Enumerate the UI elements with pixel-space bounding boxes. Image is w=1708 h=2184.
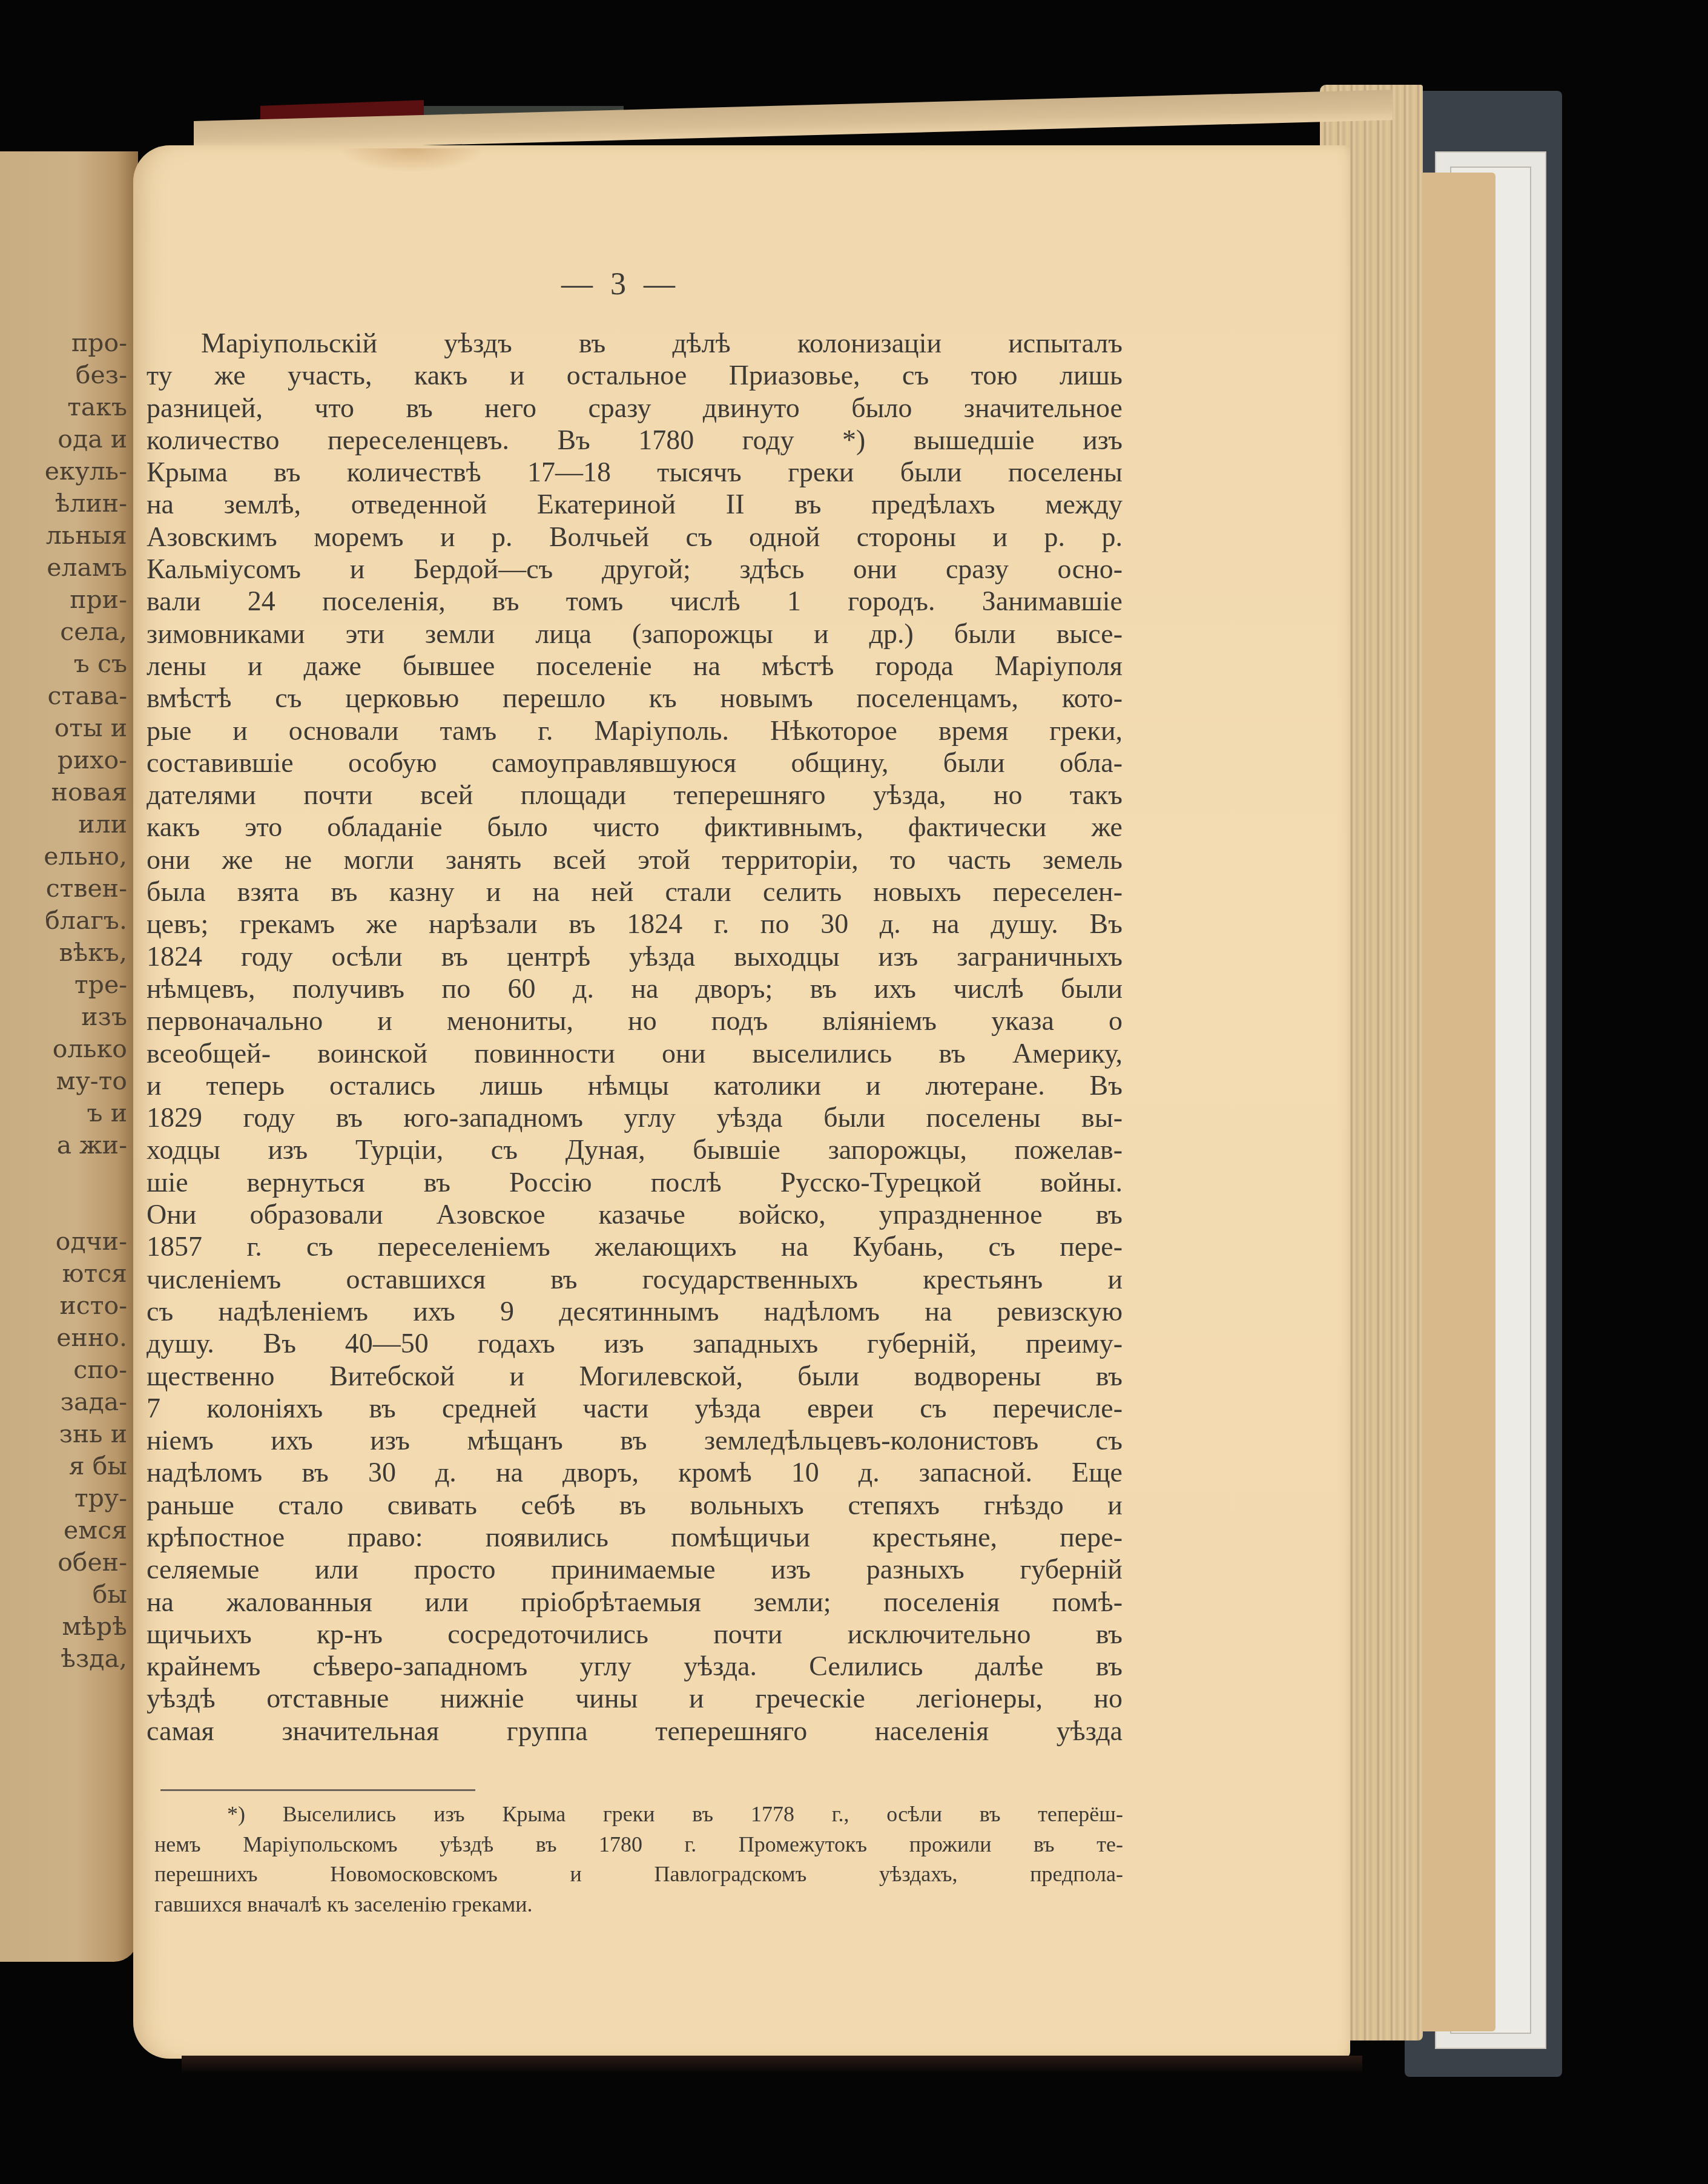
left-page-line: мѣрѣ: [0, 1611, 127, 1643]
text-line: самая значительная группа теперешняго на…: [147, 1715, 1123, 1747]
text-line: ту же участь, какъ и остальное Приазовье…: [147, 359, 1123, 391]
text-line: раньше стало свивать себѣ въ вольныхъ ст…: [147, 1489, 1123, 1521]
left-page-line: еламъ: [0, 552, 127, 584]
body-text: Маріупольскій уѣздъ въ дѣлѣ колонизаціи …: [147, 327, 1123, 1747]
left-page-line: знь и: [0, 1418, 127, 1450]
text-line: зимовниками эти земли лица (запорожцы и …: [147, 618, 1123, 650]
text-line: дателями почти всей площади теперешняго …: [147, 779, 1123, 811]
left-page-line: ода и: [0, 423, 127, 455]
left-page-line: без-: [0, 359, 127, 391]
text-line: шіе вернуться въ Россію послѣ Русско-Тур…: [147, 1166, 1123, 1198]
text-line: душу. Въ 40—50 годахъ изъ западныхъ губе…: [147, 1327, 1123, 1359]
text-line: съ надѣленіемъ ихъ 9 десятиннымъ надѣлом…: [147, 1295, 1123, 1327]
left-page-line: тру-: [0, 1482, 127, 1514]
left-page-line: льныя: [0, 520, 127, 552]
left-page-line: исто-: [0, 1290, 127, 1322]
left-page-line: благъ.: [0, 905, 127, 937]
text-line: составившіе особую самоуправлявшуюся общ…: [147, 747, 1123, 779]
text-line: ніемъ ихъ изъ мѣщанъ въ земледѣльцевъ-ко…: [147, 1424, 1123, 1456]
text-line: Крыма въ количествѣ 17—18 тысячъ греки б…: [147, 456, 1123, 488]
footnote-line: немъ Маріупольскомъ уѣздѣ въ 1780 г. Про…: [154, 1830, 1123, 1860]
left-page-line: обен-: [0, 1546, 127, 1579]
text-line: количество переселенцевъ. Въ 1780 году *…: [147, 424, 1123, 456]
left-page-line: енно.: [0, 1322, 127, 1354]
footnote-line: гавшихся вначалѣ къ заселенію греками.: [154, 1890, 1123, 1920]
left-page-line: новая: [0, 776, 127, 808]
text-line: 7 колоніяхъ въ средней части уѣзда евреи…: [147, 1392, 1123, 1424]
text-line: вали 24 поселенія, въ томъ числѣ 1 город…: [147, 585, 1123, 617]
left-page-line: емся: [0, 1514, 127, 1546]
text-line: 1824 году осѣли въ центрѣ уѣзда выходцы …: [147, 940, 1123, 972]
text-line: и теперь остались лишь нѣмцы католики и …: [147, 1069, 1123, 1101]
left-page-line: или: [0, 808, 127, 840]
text-line: лены и даже бывшее поселеніе на мѣстѣ го…: [147, 650, 1123, 682]
left-page-line: ъ и: [0, 1097, 127, 1129]
left-page-text: про-без-такъода иекуль-ѣлин-льныяеламъпр…: [0, 327, 127, 1675]
text-line: на землѣ, отведенной Екатериной II въ пр…: [147, 488, 1123, 520]
text-line: вмѣстѣ съ церковью перешло къ новымъ пос…: [147, 682, 1123, 714]
text-line: цевъ; грекамъ же нарѣзали въ 1824 г. по …: [147, 908, 1123, 940]
text-line: крѣпостное право: появились помѣщичьи кр…: [147, 1521, 1123, 1553]
text-line: щественно Витебской и Могилевской, были …: [147, 1360, 1123, 1392]
footnote-line: перешнихъ Новомосковскомъ и Павлоградско…: [154, 1859, 1123, 1890]
page-top-edge: [194, 90, 1393, 151]
text-line: надѣломъ въ 30 д. на дворъ, кромѣ 10 д. …: [147, 1456, 1123, 1488]
left-page-line: ствен-: [0, 873, 127, 905]
left-page-line: при-: [0, 584, 127, 616]
left-page-line: ъ съ: [0, 648, 127, 680]
left-page-line: ельно,: [0, 840, 127, 873]
text-line: селяемые или просто принимаемые изъ разн…: [147, 1553, 1123, 1585]
left-page-line: зада-: [0, 1386, 127, 1418]
text-line: они же не могли занять всей этой террито…: [147, 843, 1123, 876]
left-page-line: олько: [0, 1033, 127, 1065]
left-page-line: такъ: [0, 391, 127, 423]
text-line: Кальміусомъ и Бердой—съ другой; здѣсь он…: [147, 553, 1123, 585]
left-page-line: села,: [0, 616, 127, 648]
text-line: щичьихъ кр-нъ сосредоточились почти искл…: [147, 1618, 1123, 1650]
left-page-line: спо-: [0, 1354, 127, 1386]
footnote: *) Выселились изъ Крыма греки въ 1778 г.…: [154, 1800, 1123, 1919]
text-line: численіемъ оставшихся въ государственных…: [147, 1263, 1123, 1295]
text-line: разницей, что въ него сразу двинуто было…: [147, 392, 1123, 424]
text-line: на жалованныя или пріобрѣтаемыя земли; п…: [147, 1586, 1123, 1618]
left-facing-page: про-без-такъода иекуль-ѣлин-льныяеламъпр…: [0, 151, 138, 1962]
text-line: 1857 г. съ переселеніемъ желающихъ на Ку…: [147, 1230, 1123, 1262]
left-page-line: рихо-: [0, 744, 127, 776]
text-line: всеобщей- воинской повинности они высели…: [147, 1037, 1123, 1069]
text-line: уѣздѣ отставные нижніе чины и греческіе …: [147, 1682, 1123, 1714]
text-line: Азовскимъ моремъ и р. Волчьей съ одной с…: [147, 521, 1123, 553]
left-page-line: тре-: [0, 969, 127, 1001]
left-page-line: а жи-: [0, 1129, 127, 1161]
left-page-line: ются: [0, 1258, 127, 1290]
left-page-line: ѣзда,: [0, 1643, 127, 1675]
text-line: какъ это обладаніе было чисто фиктивнымъ…: [147, 811, 1123, 843]
text-line: рые и основали тамъ г. Маріуполь. Нѣкото…: [147, 714, 1123, 747]
left-page-line: му-то: [0, 1065, 127, 1097]
water-stain: [339, 148, 484, 173]
text-line: нѣмцевъ, получивъ по 60 д. на дворъ; въ …: [147, 972, 1123, 1005]
left-page-line: я бы: [0, 1450, 127, 1482]
page-number: — 3 —: [545, 266, 696, 302]
left-page-line: одчи-: [0, 1226, 127, 1258]
left-page-line: изъ: [0, 1001, 127, 1033]
footnote-line: *) Выселились изъ Крыма греки въ 1778 г.…: [154, 1800, 1123, 1830]
text-line: Маріупольскій уѣздъ въ дѣлѣ колонизаціи …: [147, 327, 1123, 359]
text-line: ходцы изъ Турціи, съ Дуная, бывшіе запор…: [147, 1133, 1123, 1166]
left-page-line: про-: [0, 327, 127, 359]
left-page-line: ѣлин-: [0, 487, 127, 520]
text-line: 1829 году въ юго-западномъ углу уѣзда бы…: [147, 1101, 1123, 1133]
text-line: была взята въ казну и на ней стали селит…: [147, 876, 1123, 908]
page-bottom-shadow: [182, 2056, 1362, 2074]
text-line: первоначально и менониты, но подъ вліяні…: [147, 1005, 1123, 1037]
footnote-divider: [160, 1789, 475, 1791]
left-page-line: оты и: [0, 712, 127, 744]
text-line: Они образовали Азовское казачье войско, …: [147, 1198, 1123, 1230]
left-page-line: [0, 1161, 127, 1226]
left-page-line: екуль-: [0, 455, 127, 487]
left-page-line: вѣкъ,: [0, 937, 127, 969]
text-line: крайнемъ сѣверо-западномъ углу уѣзда. Се…: [147, 1650, 1123, 1682]
left-page-line: става-: [0, 680, 127, 712]
left-page-line: бы: [0, 1579, 127, 1611]
